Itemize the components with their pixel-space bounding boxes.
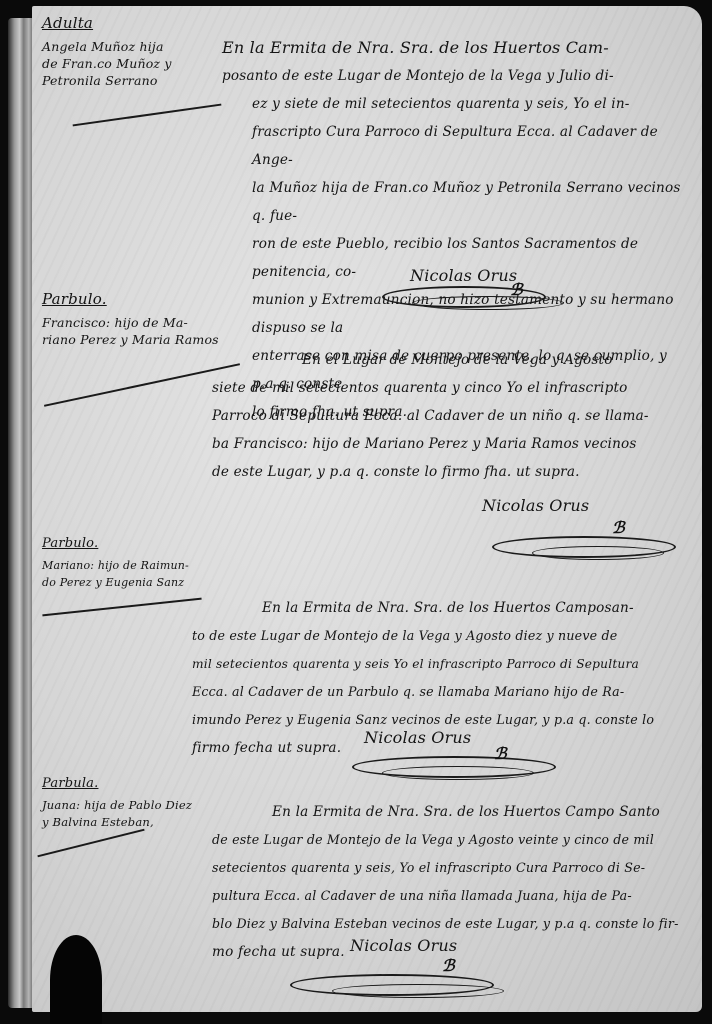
margin-name-line: Francisco: hijo de Ma-	[42, 314, 242, 331]
margin-heading: Parbula.	[42, 776, 242, 791]
entry-line: frascripto Cura Parroco di Sepultura Ecc…	[222, 118, 692, 174]
rubric-monogram: ℬ	[612, 518, 625, 537]
margin-flourish	[73, 104, 222, 127]
margin-heading: Parbulo.	[42, 290, 242, 308]
entry-line: to de este Lugar de Montejo de la Vega y…	[192, 622, 692, 650]
margin-name-line: Petronila Serrano	[42, 72, 242, 89]
margin-heading: Parbulo.	[42, 536, 242, 551]
signature-rubric	[332, 984, 504, 998]
entry-line: Parroco di Sepultura Ecca. al Cadaver de…	[192, 402, 692, 430]
entry-line: mil setecientos quarenta y seis Yo el in…	[192, 650, 692, 678]
entry-line: En la Ermita de Nra. Sra. de los Huertos…	[212, 798, 692, 826]
book-binding-edge	[8, 18, 34, 1008]
margin-heading: Adulta	[42, 14, 242, 32]
margin-note-entry-3: Parbulo. Mariano: hijo de Raimun- do Per…	[42, 536, 242, 591]
signature-rubric	[382, 766, 534, 780]
margin-note-entry-2: Parbulo. Francisco: hijo de Ma- riano Pe…	[42, 290, 242, 348]
entry-line: de este Lugar de Montejo de la Vega y Ag…	[212, 826, 692, 854]
margin-name-line: Mariano: hijo de Raimun-	[42, 557, 242, 574]
margin-note-entry-1: Adulta Angela Muñoz hija de Fran.co Muño…	[42, 14, 242, 89]
rubric-monogram: ℬ	[494, 744, 507, 763]
entry-line: En la Ermita de Nra. Sra. de los Huertos…	[192, 594, 692, 622]
margin-flourish	[37, 829, 144, 858]
signature-rubric	[532, 546, 664, 560]
margin-name-line: do Perez y Eugenia Sanz	[42, 574, 242, 591]
signature-nicolas-orus: Nicolas Orus	[482, 496, 589, 515]
signature-rubric	[412, 296, 564, 310]
rubric-monogram: ℬ	[442, 956, 455, 975]
entry-line: pultura Ecca. al Cadaver de una niña lla…	[212, 882, 692, 910]
entry-line: posanto de este Lugar de Montejo de la V…	[222, 62, 692, 90]
entry-line: siete de mil setecientos quarenta y cinc…	[192, 374, 692, 402]
entry-line: En la Ermita de Nra. Sra. de los Huertos…	[222, 34, 692, 62]
margin-name-line: Angela Muñoz hija	[42, 38, 242, 55]
margin-name-line: de Fran.co Muñoz y	[42, 55, 242, 72]
signature-nicolas-orus: Nicolas Orus	[364, 728, 471, 747]
entry-line: blo Diez y Balvina Esteban vecinos de es…	[212, 910, 692, 938]
entry-line: ez y siete de mil setecientos quarenta y…	[222, 90, 692, 118]
rubric-monogram: ℬ	[510, 280, 523, 299]
entry-line: la Muñoz hija de Fran.co Muñoz y Petroni…	[222, 174, 692, 230]
signature-nicolas-orus: Nicolas Orus	[410, 266, 517, 285]
burial-entry-2: En el Lugar de Montejo de la Vega y Agos…	[192, 346, 692, 486]
scanner-thumb-shadow	[50, 935, 102, 1024]
entry-line: ba Francisco: hijo de Mariano Perez y Ma…	[192, 430, 692, 458]
entry-line: En el Lugar de Montejo de la Vega y Agos…	[192, 346, 692, 374]
entry-line: de este Lugar, y p.a q. conste lo firmo …	[192, 458, 692, 486]
signature-nicolas-orus: Nicolas Orus	[350, 936, 457, 955]
register-page: Adulta Angela Muñoz hija de Fran.co Muño…	[32, 6, 702, 1012]
margin-flourish	[42, 598, 201, 617]
entry-line: setecientos quarenta y seis, Yo el infra…	[212, 854, 692, 882]
entry-line: Ecca. al Cadaver de un Parbulo q. se lla…	[192, 678, 692, 706]
